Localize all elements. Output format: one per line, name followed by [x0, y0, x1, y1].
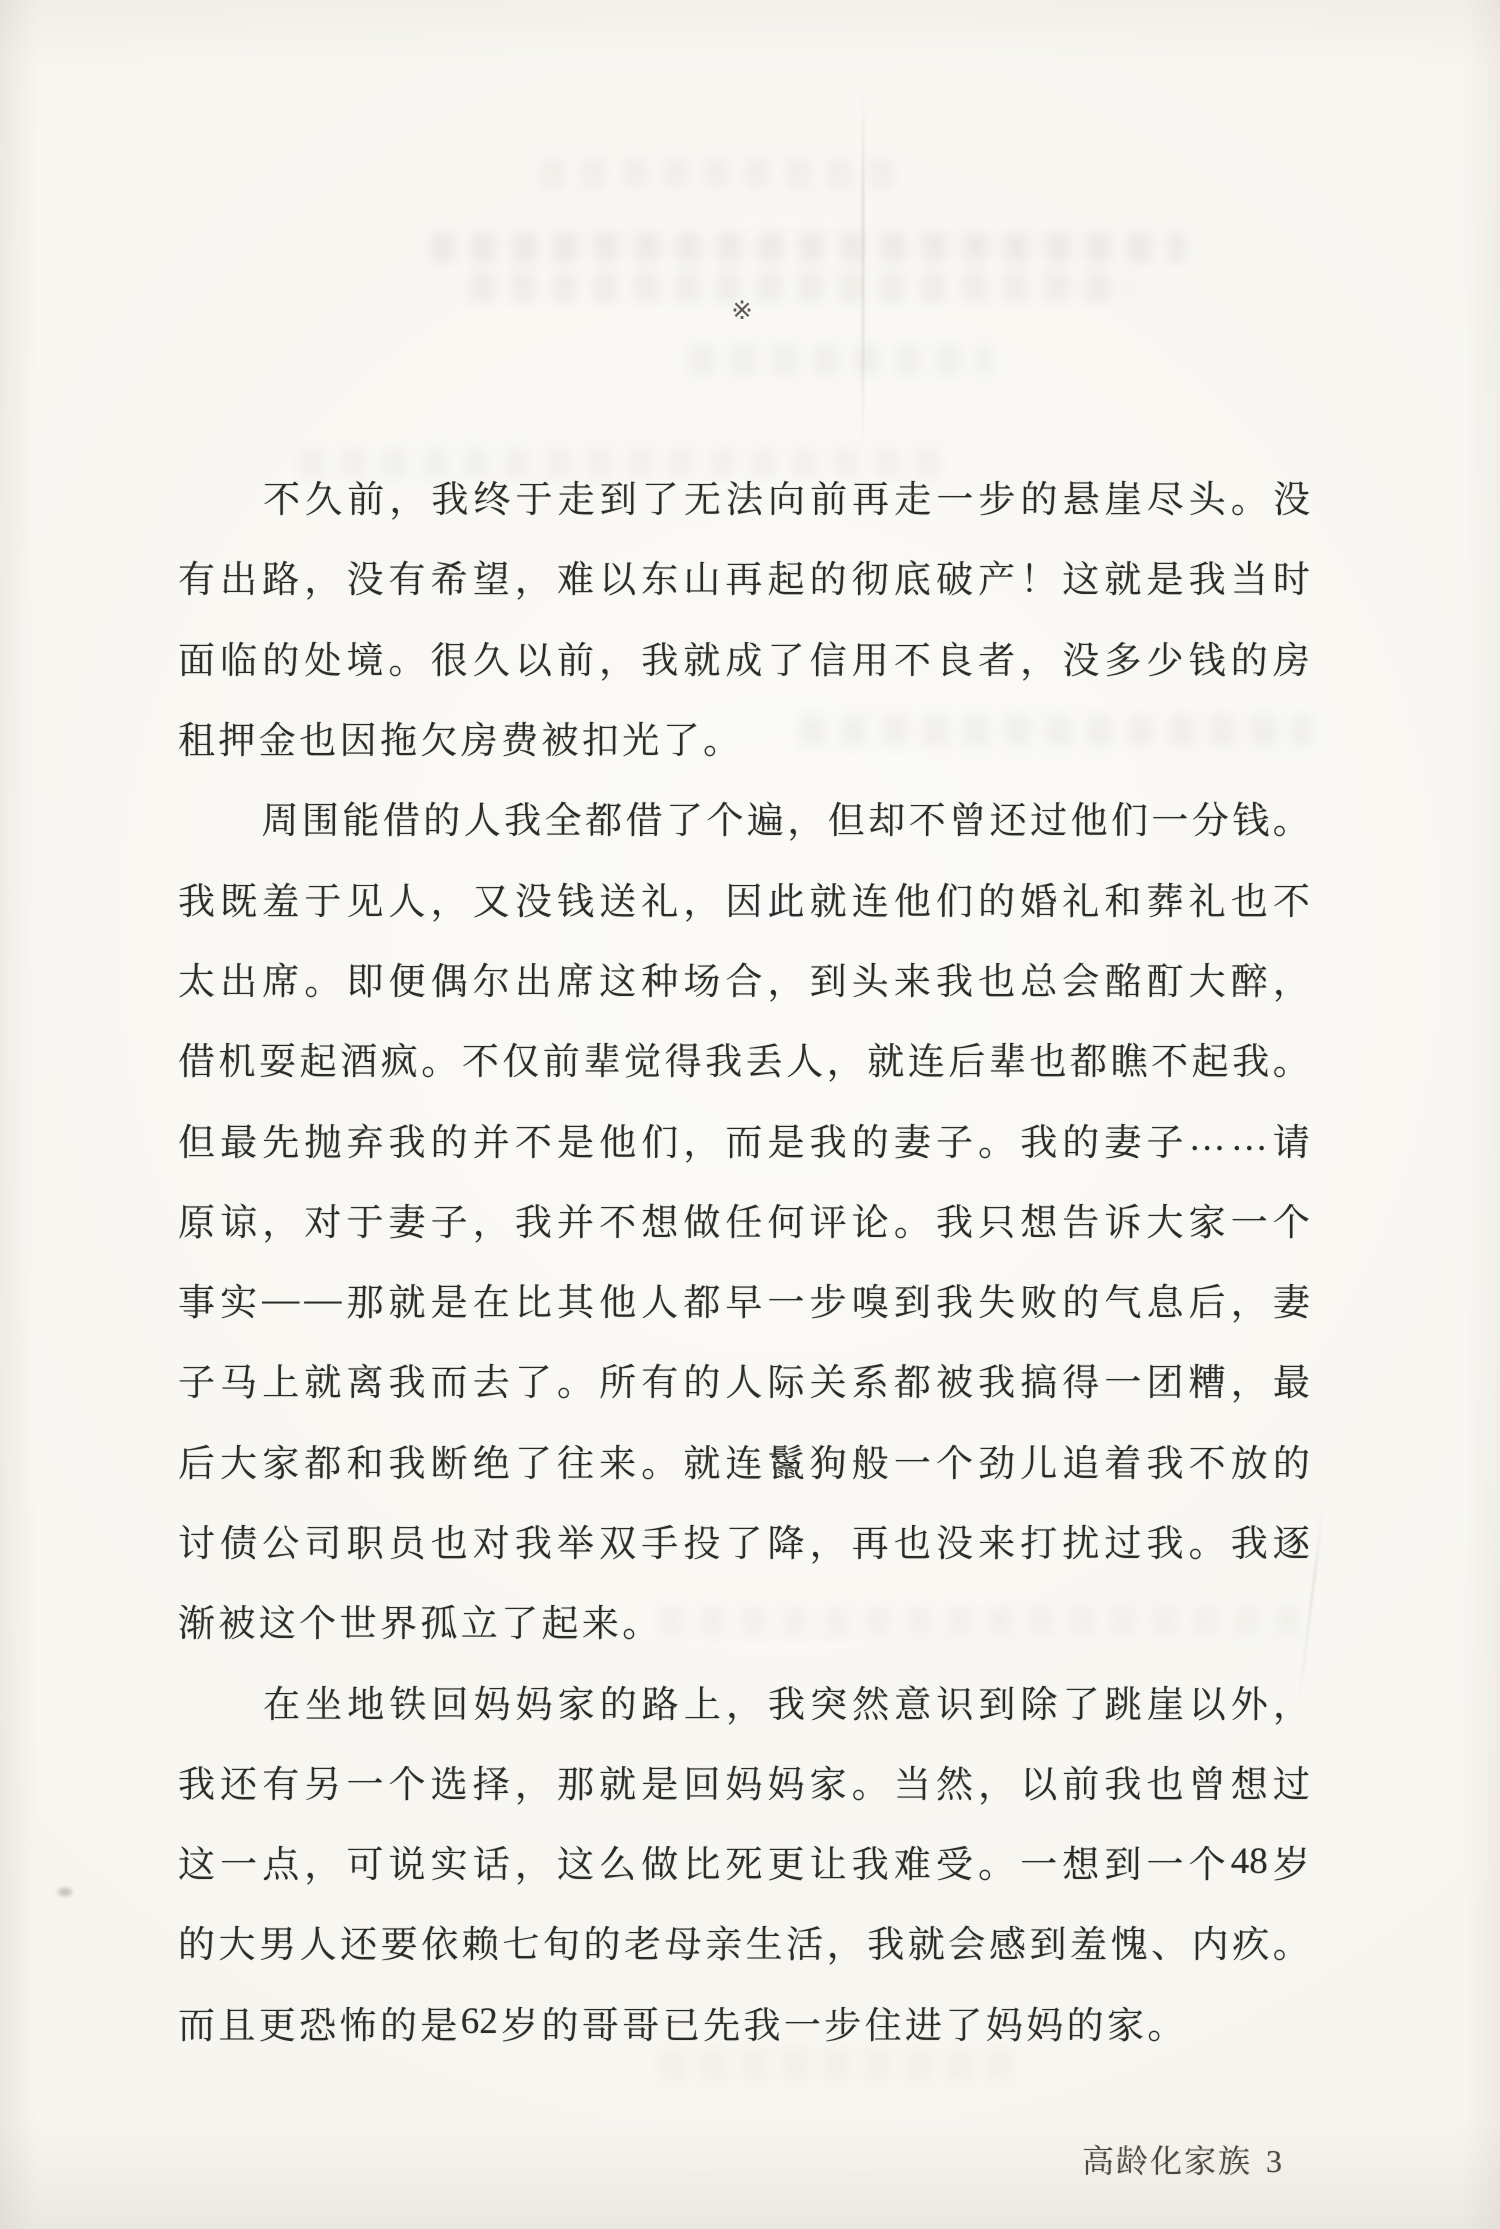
glyph: 子 — [431, 1192, 468, 1246]
glyph: 觉 — [624, 1031, 661, 1085]
glyph: 一 — [1147, 1834, 1184, 1888]
glyph: 而 — [178, 1995, 215, 2049]
glyph: 尽 — [1147, 469, 1184, 523]
glyph: 母 — [665, 1914, 702, 1968]
glyph: 但 — [178, 1112, 215, 1166]
glyph: 手 — [641, 1513, 678, 1567]
glyph: 愧 — [1111, 1914, 1148, 1968]
glyph: 活 — [786, 1914, 823, 1968]
glyph: 步 — [810, 1272, 847, 1326]
glyph: 进 — [905, 1995, 942, 2049]
paragraph-indent — [178, 496, 258, 497]
glyph: 做 — [641, 1834, 678, 1888]
glyph: 放 — [1231, 1433, 1268, 1487]
glyph: 过 — [1273, 1754, 1310, 1808]
glyph: … — [1231, 1117, 1268, 1160]
glyph: 系 — [852, 1352, 889, 1406]
glyph: 既 — [220, 871, 257, 925]
glyph: 个 — [1189, 1834, 1226, 1888]
glyph: 很 — [431, 630, 468, 684]
glyph: 围 — [302, 790, 339, 844]
glyph: 就 — [683, 630, 720, 684]
glyph: 瞧 — [1111, 1031, 1148, 1085]
glyph: 一 — [894, 1433, 931, 1487]
glyph: 妻 — [894, 1112, 931, 1166]
scan-crease — [862, 90, 864, 450]
glyph: 了 — [768, 630, 805, 684]
glyph: 临 — [220, 630, 257, 684]
glyph: 都 — [894, 1352, 931, 1406]
glyph: 以 — [1020, 1754, 1057, 1808]
glyph: 大 — [1147, 1192, 1184, 1246]
glyph: 到 — [600, 469, 637, 523]
glyph: 是 — [557, 1112, 594, 1166]
glyph: 再 — [725, 549, 762, 603]
glyph: 原 — [178, 1192, 215, 1246]
glyph: 路 — [642, 1674, 679, 1728]
glyph: 狗 — [810, 1433, 847, 1487]
glyph: 到 — [810, 951, 847, 1005]
glyph: 前 — [1062, 1754, 1099, 1808]
glyph: 不 — [599, 1192, 636, 1246]
glyph: 家 — [262, 1433, 299, 1487]
glyph: 我 — [705, 1031, 742, 1085]
glyph: 我 — [1147, 1513, 1184, 1567]
glyph: 扰 — [1062, 1513, 1099, 1567]
glyph: 老 — [624, 1914, 661, 1968]
glyph: 离 — [346, 1352, 383, 1406]
glyph: 有 — [262, 1754, 299, 1808]
glyph: 子 — [1147, 1112, 1184, 1166]
glyph: 难 — [557, 549, 594, 603]
glyph: 一 — [1020, 1834, 1057, 1888]
glyph: 任 — [725, 1192, 762, 1246]
glyph: 前 — [347, 469, 384, 523]
glyph: 出 — [220, 549, 257, 603]
glyph: 渐 — [178, 1593, 215, 1647]
glyph: 并 — [473, 1112, 510, 1166]
glyph: 。 — [557, 1352, 594, 1406]
glyph: 是 — [1147, 549, 1184, 603]
glyph: 、 — [1151, 1914, 1188, 1968]
glyph: 却 — [868, 790, 905, 844]
glyph: 久 — [473, 630, 510, 684]
glyph: 场 — [683, 951, 720, 1005]
glyph: ， — [262, 1192, 299, 1246]
glyph: 论 — [852, 1192, 889, 1246]
text-line: 讨债公司职员也对我举双手投了降，再也没来打扰过我。我逐 — [178, 1500, 1310, 1580]
glyph: 想 — [1062, 1834, 1099, 1888]
book-page: ※ 不久前，我终于走到了无法向前再走一步的悬崖尽头。没有出路，没有希望，难以东山… — [0, 0, 1500, 2229]
glyph: 走 — [894, 469, 931, 523]
glyph: 处 — [304, 630, 341, 684]
glyph: 房 — [461, 710, 498, 764]
glyph: 都 — [304, 1433, 341, 1487]
glyph: 这 — [259, 1593, 296, 1647]
glyph: 妻 — [389, 1192, 426, 1246]
glyph: 难 — [894, 1834, 931, 1888]
glyph: 其 — [557, 1272, 594, 1326]
glyph: 借 — [626, 790, 663, 844]
glyph: 得 — [1062, 1352, 1099, 1406]
glyph: 的 — [683, 1352, 720, 1406]
glyph: 怖 — [340, 1995, 377, 2049]
glyph: ， — [473, 1192, 510, 1246]
glyph: 追 — [1062, 1433, 1099, 1487]
glyph: 见 — [346, 871, 383, 925]
glyph: 让 — [810, 1834, 847, 1888]
glyph: 来 — [894, 951, 931, 1005]
glyph: 金 — [259, 710, 296, 764]
glyph: 息 — [1147, 1272, 1184, 1326]
glyph: 际 — [768, 1352, 805, 1406]
glyph: 这 — [178, 1834, 215, 1888]
glyph: 妈 — [986, 1995, 1023, 2049]
glyph: 。 — [389, 630, 426, 684]
glyph: 他 — [894, 871, 931, 925]
glyph: 的 — [262, 630, 299, 684]
glyph: 投 — [683, 1513, 720, 1567]
glyph: 来 — [599, 1433, 636, 1487]
glyph: 不 — [263, 469, 300, 523]
glyph: 。 — [641, 1433, 678, 1487]
glyph: 前 — [543, 1031, 580, 1085]
glyph: 也 — [978, 951, 1015, 1005]
glyph: 在 — [263, 1674, 300, 1728]
glyph: 妈 — [516, 1674, 553, 1728]
glyph: 的 — [810, 549, 847, 603]
glyph: 也 — [1147, 1754, 1184, 1808]
glyph: 我 — [515, 1513, 552, 1567]
glyph: 头 — [852, 951, 889, 1005]
glyph: 合 — [725, 951, 762, 1005]
glyph: 只 — [978, 1192, 1015, 1246]
glyph: 钱 — [1232, 790, 1269, 844]
glyph: 想 — [1020, 1192, 1057, 1246]
glyph: 对 — [304, 1192, 341, 1246]
glyph: 了 — [1063, 1674, 1100, 1728]
glyph: 依 — [421, 1914, 458, 1968]
text-line: 事实——那就是在比其他人都早一步嗅到我失败的气息后，妻 — [178, 1259, 1310, 1339]
glyph: 七 — [502, 1914, 539, 1968]
glyph: 也 — [1231, 871, 1268, 925]
glyph: 。 — [1231, 469, 1268, 523]
glyph: 实 — [431, 1834, 468, 1888]
glyph: 者 — [978, 630, 1015, 684]
glyph: 费 — [501, 710, 538, 764]
glyph: 能 — [342, 790, 379, 844]
glyph: 和 — [1104, 871, 1141, 925]
glyph: 被 — [542, 710, 579, 764]
glyph: 还 — [220, 1754, 257, 1808]
text-line: 原谅，对于妻子，我并不想做任何评论。我只想告诉大家一个 — [178, 1179, 1310, 1259]
glyph: 就 — [867, 1031, 904, 1085]
text-line: 在坐地铁回妈妈家的路上，我突然意识到除了跳崖以外， — [178, 1660, 1310, 1740]
glyph: 这 — [1062, 549, 1099, 603]
glyph: 。 — [1273, 1914, 1310, 1968]
glyph: 职 — [346, 1513, 383, 1567]
glyph: 。 — [1189, 1513, 1226, 1567]
glyph: 辈 — [583, 1031, 620, 1085]
glyph: 是 — [768, 1112, 805, 1166]
glyph: 的 — [1020, 469, 1057, 523]
glyph: 内 — [1192, 1914, 1229, 1968]
glyph: 要 — [381, 1914, 418, 1968]
glyph: 他 — [599, 1112, 636, 1166]
glyph: 连 — [908, 1031, 945, 1085]
glyph: 境 — [346, 630, 383, 684]
glyph: 一 — [768, 1272, 805, 1326]
glyph: 孤 — [420, 1593, 457, 1647]
glyph: 一 — [784, 1995, 821, 2049]
glyph: 败 — [1020, 1272, 1057, 1326]
glyph: 回 — [683, 1754, 720, 1808]
glyph: 恐 — [299, 1995, 336, 2049]
glyph: 诉 — [1104, 1192, 1141, 1246]
glyph: 打 — [1020, 1513, 1057, 1567]
glyph: 评 — [810, 1192, 847, 1246]
glyph: 他 — [1071, 790, 1108, 844]
glyph: 弃 — [346, 1112, 383, 1166]
glyph: 我 — [504, 790, 541, 844]
glyph: 想 — [1231, 1754, 1268, 1808]
glyph: 东 — [641, 549, 678, 603]
glyph: 再 — [852, 1513, 889, 1567]
glyph: 我 — [1231, 1513, 1268, 1567]
glyph: 鬣 — [768, 1433, 805, 1487]
glyph: 耍 — [259, 1031, 296, 1085]
glyph: 尔 — [473, 951, 510, 1005]
glyph: 我 — [431, 469, 468, 523]
glyph: 分 — [1192, 790, 1229, 844]
glyph: 我 — [768, 1674, 805, 1728]
glyph: 比 — [683, 1834, 720, 1888]
glyph: 除 — [1020, 1674, 1057, 1728]
glyph: 的 — [1273, 1433, 1310, 1487]
glyph: 坐 — [305, 1674, 342, 1728]
glyph: 底 — [894, 549, 931, 603]
glyph: 酒 — [340, 1031, 377, 1085]
glyph: ， — [683, 1112, 720, 1166]
glyph: 此 — [768, 871, 805, 925]
glyph: 大 — [219, 1914, 256, 1968]
glyph: 司 — [304, 1513, 341, 1567]
glyph: 的 — [852, 1112, 889, 1166]
glyph: 悬 — [1063, 469, 1100, 523]
glyph: 席 — [557, 951, 594, 1005]
glyph: 劲 — [978, 1433, 1015, 1487]
glyph: 关 — [810, 1352, 847, 1406]
glyph: 我 — [978, 1352, 1015, 1406]
glyph: — — [262, 1278, 299, 1321]
glyph: 拖 — [380, 710, 417, 764]
glyph: 不 — [1151, 1031, 1188, 1085]
text-line: 子马上就离我而去了。所有的人际关系都被我搞得一团糟，最 — [178, 1339, 1310, 1419]
glyph: 崖 — [1147, 1674, 1184, 1728]
glyph: 。 — [703, 710, 740, 764]
glyph: 举 — [557, 1513, 594, 1567]
glyph: 酩 — [1104, 951, 1141, 1005]
glyph: 就 — [599, 1754, 636, 1808]
glyph: 他 — [599, 1272, 636, 1326]
glyph: 了 — [666, 790, 703, 844]
text-line: 后大家都和我断绝了往来。就连鬣狗般一个劲儿追着我不放的 — [178, 1420, 1310, 1500]
glyph: 可 — [346, 1834, 383, 1888]
glyph: 没 — [936, 1513, 973, 1567]
glyph: 遍 — [747, 790, 784, 844]
text-line: 但最先抛弃我的并不是他们，而是我的妻子。我的妻子……请 — [178, 1098, 1310, 1178]
glyph: 家 — [810, 1754, 847, 1808]
text-line: 渐被这个世界孤立了起来。 — [178, 1580, 1310, 1660]
glyph: 然 — [852, 1674, 889, 1728]
glyph: 少 — [1147, 630, 1184, 684]
glyph: 以 — [1189, 1674, 1226, 1728]
glyph: 家 — [558, 1674, 595, 1728]
glyph: 被 — [936, 1352, 973, 1406]
glyph: ， — [304, 1834, 341, 1888]
glyph: 失 — [978, 1272, 1015, 1326]
glyph: 的 — [1231, 630, 1268, 684]
glyph: 我 — [867, 1914, 904, 1968]
paragraph-indent — [178, 1700, 258, 1701]
glyph: ， — [683, 871, 720, 925]
glyph: 一 — [1104, 1352, 1141, 1406]
glyph: 们 — [936, 871, 973, 925]
glyph: 于 — [346, 1192, 383, 1246]
glyph: 。 — [852, 1754, 889, 1808]
glyph: 用 — [852, 630, 889, 684]
glyph: 另 — [304, 1754, 341, 1808]
glyph: 个 — [1273, 1192, 1310, 1246]
glyph: 62 — [461, 2000, 498, 2043]
glyph: 做 — [683, 1192, 720, 1246]
glyph: 住 — [865, 1995, 902, 2049]
glyph: 产 — [978, 549, 1015, 603]
glyph: 路 — [262, 549, 299, 603]
glyph: 那 — [557, 1754, 594, 1808]
glyph: ， — [978, 1754, 1015, 1808]
glyph: 讨 — [178, 1513, 215, 1567]
glyph: 了 — [515, 1352, 552, 1406]
glyph: 当 — [894, 1754, 931, 1808]
glyph: 葬 — [1147, 871, 1184, 925]
glyph: 妈 — [473, 1674, 510, 1728]
glyph: 就 — [304, 1352, 341, 1406]
glyph: 我 — [852, 1834, 889, 1888]
glyph: 的 — [542, 1995, 579, 2049]
glyph: 界 — [380, 1593, 417, 1647]
glyph: 种 — [641, 951, 678, 1005]
page-footer: 高龄化家族3 — [1082, 2140, 1282, 2182]
glyph: 何 — [768, 1192, 805, 1246]
glyph: 的 — [1062, 1272, 1099, 1326]
glyph: 我 — [178, 871, 215, 925]
glyph: 岁 — [1273, 1834, 1310, 1888]
glyph: 家 — [1189, 1192, 1226, 1246]
glyph: 没 — [515, 871, 552, 925]
glyph: 会 — [948, 1914, 985, 1968]
glyph: 谅 — [220, 1192, 257, 1246]
glyph: 实 — [220, 1272, 257, 1326]
glyph: 生 — [746, 1914, 783, 1968]
paragraph-indent — [178, 817, 258, 818]
glyph: 前 — [557, 630, 594, 684]
glyph: 我 — [936, 1192, 973, 1246]
glyph: 世 — [340, 1593, 377, 1647]
glyph: 后 — [178, 1433, 215, 1487]
glyph: 席 — [262, 951, 299, 1005]
glyph: 比 — [515, 1272, 552, 1326]
glyph: 偶 — [431, 951, 468, 1005]
glyph: 并 — [557, 1192, 594, 1246]
glyph: 了 — [945, 1995, 982, 2049]
glyph: 人 — [786, 1031, 823, 1085]
glyph: 起 — [1192, 1031, 1229, 1085]
glyph: 羞 — [262, 871, 299, 925]
glyph: 死 — [725, 1834, 762, 1888]
glyph: 都 — [585, 790, 622, 844]
glyph: 人 — [725, 1352, 762, 1406]
glyph: 时 — [1273, 549, 1310, 603]
glyph: 家 — [1107, 1995, 1144, 2049]
glyph: 。 — [978, 1112, 1015, 1166]
glyph: 公 — [262, 1513, 299, 1567]
glyph: 一 — [220, 1834, 257, 1888]
text-line: 的大男人还要依赖七旬的老母亲生活，我就会感到羞愧、内疚。 — [178, 1901, 1310, 1981]
glyph: 来 — [978, 1513, 1015, 1567]
glyph: 成 — [725, 630, 762, 684]
glyph: 婚 — [1020, 871, 1057, 925]
glyph: 。 — [978, 1834, 1015, 1888]
running-title: 高龄化家族 — [1082, 2143, 1252, 2179]
glyph: 个 — [389, 1754, 426, 1808]
glyph: 个 — [706, 790, 743, 844]
text-line: 这一点，可说实话，这么做比死更让我难受。一想到一个48岁 — [178, 1821, 1310, 1901]
glyph: ， — [1273, 951, 1310, 1005]
text-line: 租押金也因拖欠房费被扣光了。 — [178, 697, 1310, 777]
glyph: 先 — [262, 1112, 299, 1166]
glyph: 和 — [346, 1433, 383, 1487]
glyph: 的 — [380, 1995, 417, 2049]
glyph: 先 — [703, 1995, 740, 2049]
glyph: 我 — [389, 1433, 426, 1487]
glyph: 出 — [220, 951, 257, 1005]
glyph: 曾 — [949, 790, 986, 844]
text-line: 太出席。即便偶尔出席这种场合，到头来我也总会酩酊大醉， — [178, 938, 1310, 1018]
glyph: 希 — [431, 549, 468, 603]
glyph: 会 — [1062, 951, 1099, 1005]
glyph: 头 — [1189, 469, 1226, 523]
glyph: 那 — [346, 1272, 383, 1326]
glyph: 但 — [828, 790, 865, 844]
glyph: 就 — [908, 1914, 945, 1968]
glyph: ， — [1231, 1272, 1268, 1326]
glyph: 得 — [665, 1031, 702, 1085]
glyph: 以 — [599, 549, 636, 603]
glyph: 被 — [218, 1593, 255, 1647]
glyph: 有 — [389, 549, 426, 603]
glyph: 到 — [1104, 1834, 1141, 1888]
scan-speck — [58, 1888, 72, 1896]
glyph: 是 — [641, 1754, 678, 1808]
glyph: 然 — [936, 1754, 973, 1808]
glyph: 么 — [599, 1834, 636, 1888]
glyph: 我 — [389, 1112, 426, 1166]
glyph: 已 — [663, 1995, 700, 2049]
glyph: 子 — [936, 1112, 973, 1166]
glyph: 子 — [178, 1352, 215, 1406]
glyph: 连 — [852, 871, 889, 925]
